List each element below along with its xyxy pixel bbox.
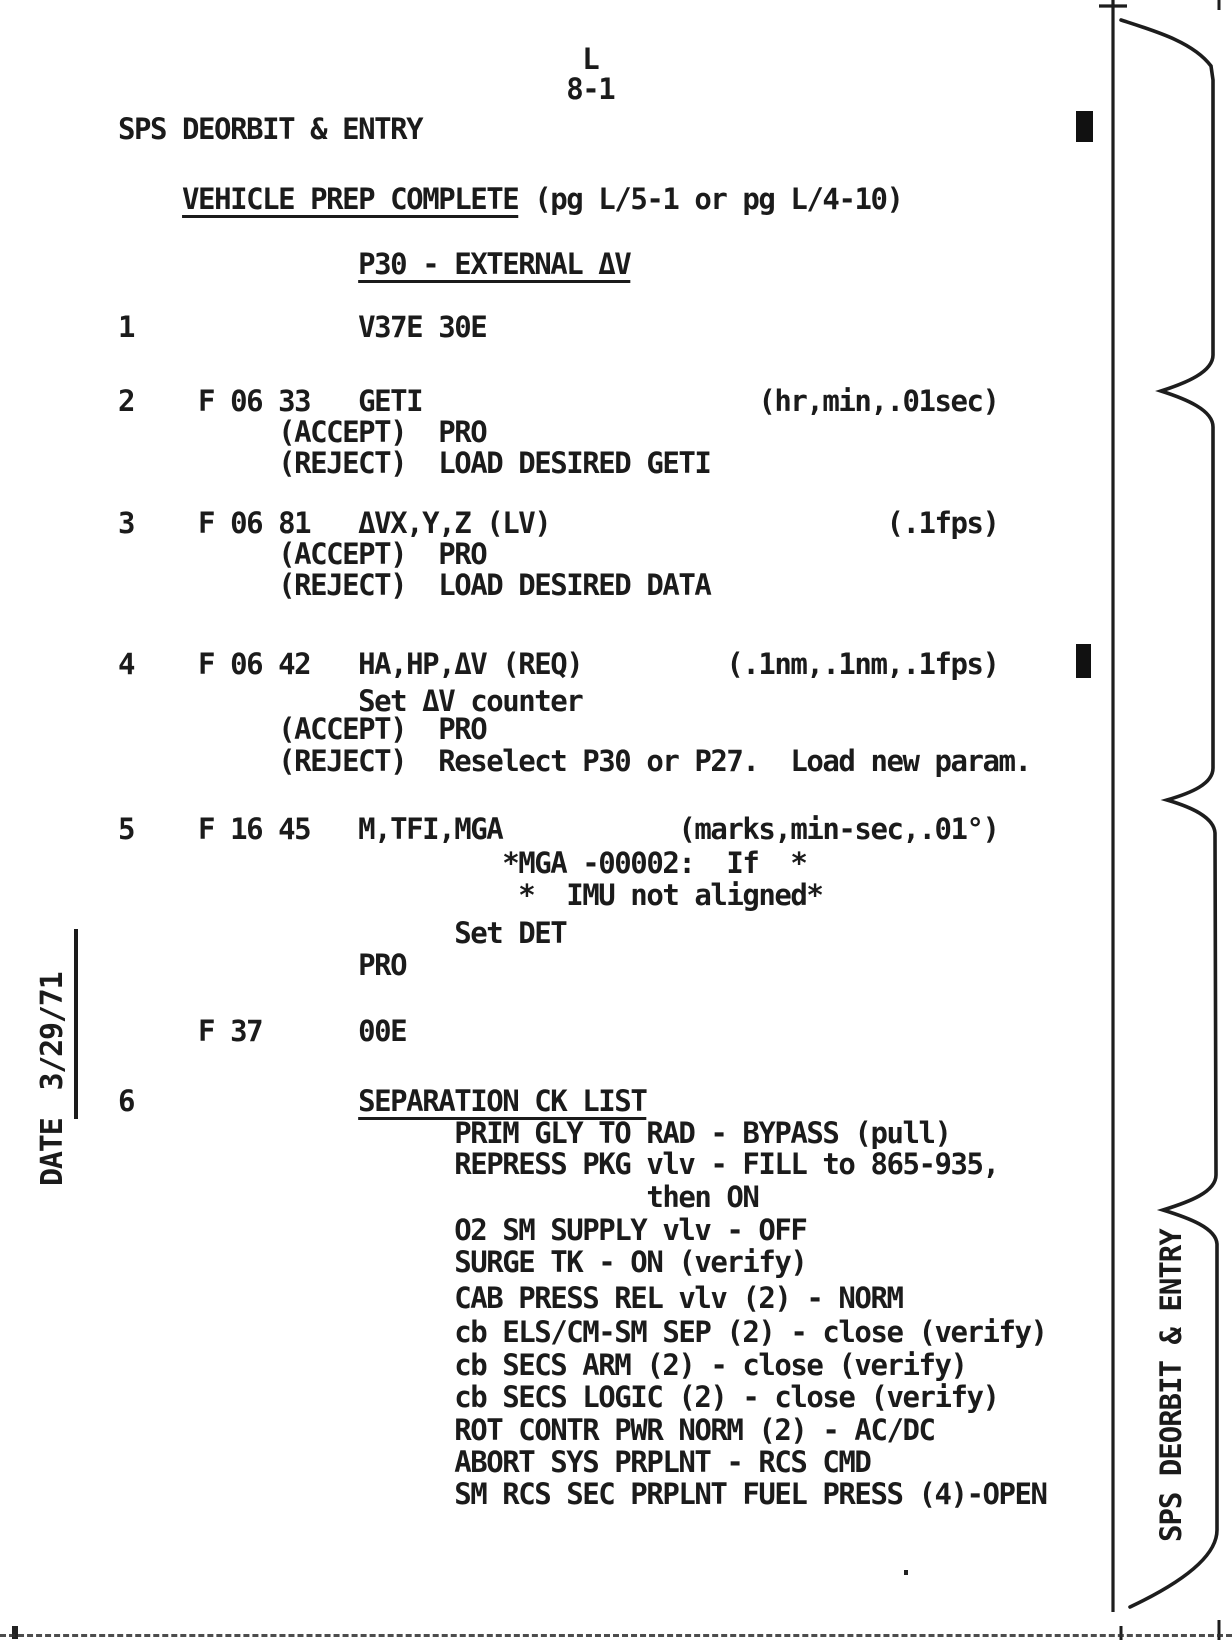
header-letter: L <box>118 42 598 76</box>
text-segment: cb SECS ARM (2) - close (verify) <box>118 1348 967 1382</box>
heading-p30-external-dv: P30 - EXTERNAL ΔV <box>118 247 630 281</box>
text-segment: PRO <box>118 948 406 982</box>
ck-repress-pkg: REPRESS PKG vlv - FILL to 865-935, <box>118 1147 999 1181</box>
text-segment: then ON <box>118 1180 758 1214</box>
text-segment: 1 V37E 30E <box>118 310 486 344</box>
text-segment: Set DET <box>118 916 566 950</box>
heading-vehicle-prep: VEHICLE PREP COMPLETE (pg L/5-1 or pg L/… <box>118 182 902 216</box>
step-2-accept: (ACCEPT) PRO <box>118 415 486 449</box>
text-segment: L <box>118 42 598 76</box>
step-3: 3 F 06 81 ΔVX,Y,Z (LV) (.1fps) <box>118 506 999 540</box>
step-3-reject: (REJECT) LOAD DESIRED DATA <box>118 568 710 602</box>
page-title: SPS DEORBIT & ENTRY <box>118 112 422 146</box>
step-5-set-det: Set DET <box>118 916 566 950</box>
text-segment: SM RCS SEC PRPLNT FUEL PRESS (4)-OPEN <box>118 1477 1047 1511</box>
scan-speck <box>904 1570 908 1575</box>
step-5-note-line-2: * IMU not aligned* <box>118 878 822 912</box>
text-segment: SPS DEORBIT & ENTRY <box>118 112 422 146</box>
text-segment: 6 <box>118 1084 358 1118</box>
page-number: 8-1 <box>118 72 614 106</box>
text-segment: O2 SM SUPPLY vlv - OFF <box>118 1213 806 1247</box>
step-3-accept: (ACCEPT) PRO <box>118 537 486 571</box>
text-segment: (ACCEPT) PRO <box>118 415 486 449</box>
text-segment: (REJECT) LOAD DESIRED GETI <box>118 446 710 480</box>
f37-line: F 37 00E <box>118 1014 406 1048</box>
ck-sm-rcs-sec-prplnt: SM RCS SEC PRPLNT FUEL PRESS (4)-OPEN <box>118 1477 1047 1511</box>
scan-speck <box>12 1626 18 1639</box>
step-4-reject: (REJECT) Reselect P30 or P27. Load new p… <box>118 744 1031 778</box>
text-segment: ROT CONTR PWR NORM (2) - AC/DC <box>118 1413 934 1447</box>
step-6: 6 SEPARATION CK LIST <box>118 1084 646 1118</box>
ck-cb-secs-arm: cb SECS ARM (2) - close (verify) <box>118 1348 967 1382</box>
ck-cb-els-cm-sm-sep: cb ELS/CM-SM SEP (2) - close (verify) <box>118 1315 1047 1349</box>
bottom-scan-edge <box>0 1634 1232 1637</box>
ck-prim-gly: PRIM GLY TO RAD - BYPASS (pull) <box>118 1116 951 1150</box>
ck-cb-secs-logic: cb SECS LOGIC (2) - close (verify) <box>118 1380 999 1414</box>
text-segment: PRIM GLY TO RAD - BYPASS (pull) <box>118 1116 951 1150</box>
text-segment: SURGE TK - ON (verify) <box>118 1245 806 1279</box>
text-segment: (pg L/5-1 or pg L/4-10) <box>518 182 902 216</box>
underlined-text: P30 - EXTERNAL ΔV <box>358 247 630 281</box>
text-segment: 5 F 16 45 M,TFI,MGA (marks,min-sec,.01°) <box>118 812 999 846</box>
text-segment: cb SECS LOGIC (2) - close (verify) <box>118 1380 999 1414</box>
text-segment: F 37 00E <box>118 1014 406 1048</box>
ck-rot-contr-pwr: ROT CONTR PWR NORM (2) - AC/DC <box>118 1413 934 1447</box>
step-5: 5 F 16 45 M,TFI,MGA (marks,min-sec,.01°) <box>118 812 999 846</box>
text-segment: (ACCEPT) PRO <box>118 537 486 571</box>
side-tab-label: SPS DEORBIT & ENTRY <box>1150 1229 1192 1542</box>
step-1: 1 V37E 30E <box>118 310 486 344</box>
text-segment: (REJECT) Reselect P30 or P27. Load new p… <box>118 744 1031 778</box>
text-segment: 2 F 06 33 GETI (hr,min,.01sec) <box>118 384 999 418</box>
date-label: DATE <box>35 1119 70 1186</box>
date-margin-note: DATE3/29/71 <box>34 929 78 1186</box>
revision-bar-step4 <box>1076 644 1091 678</box>
step-2-reject: (REJECT) LOAD DESIRED GETI <box>118 446 710 480</box>
text-segment: 4 F 06 42 HA,HP,ΔV (REQ) (.1nm,.1nm,.1fp… <box>118 647 999 681</box>
ck-abort-sys-prplnt: ABORT SYS PRPLNT - RCS CMD <box>118 1445 870 1479</box>
ck-repress-pkg-cont: then ON <box>118 1180 758 1214</box>
date-value: 3/29/71 <box>34 929 78 1119</box>
ck-cab-press-rel: CAB PRESS REL vlv (2) - NORM <box>118 1281 902 1315</box>
text-segment: cb ELS/CM-SM SEP (2) - close (verify) <box>118 1315 1047 1349</box>
text-segment: 3 F 06 81 ΔVX,Y,Z (LV) (.1fps) <box>118 506 999 540</box>
text-segment: REPRESS PKG vlv - FILL to 865-935, <box>118 1147 999 1181</box>
underlined-text: SEPARATION CK LIST <box>358 1084 646 1118</box>
text-segment <box>118 182 182 216</box>
text-segment: (ACCEPT) PRO <box>118 712 486 746</box>
step-5-pro: PRO <box>118 948 406 982</box>
step-2: 2 F 06 33 GETI (hr,min,.01sec) <box>118 384 999 418</box>
ck-o2-sm-supply: O2 SM SUPPLY vlv - OFF <box>118 1213 806 1247</box>
text-segment <box>118 247 358 281</box>
step-5-note-line-1: *MGA -00002: If * <box>118 846 806 880</box>
revision-bar-title <box>1076 111 1093 142</box>
ck-surge-tk: SURGE TK - ON (verify) <box>118 1245 806 1279</box>
underlined-text: VEHICLE PREP COMPLETE <box>182 182 518 216</box>
text-segment: ABORT SYS PRPLNT - RCS CMD <box>118 1445 870 1479</box>
text-segment: CAB PRESS REL vlv (2) - NORM <box>118 1281 902 1315</box>
step-4-accept: (ACCEPT) PRO <box>118 712 486 746</box>
scanned-page: L 8-1SPS DEORBIT & ENTRY VEHICLE PREP CO… <box>0 0 1232 1640</box>
text-segment: (REJECT) LOAD DESIRED DATA <box>118 568 710 602</box>
text-segment: *MGA -00002: If * <box>118 846 806 880</box>
text-segment: 8-1 <box>118 72 614 106</box>
text-segment: * IMU not aligned* <box>118 878 822 912</box>
step-4: 4 F 06 42 HA,HP,ΔV (REQ) (.1nm,.1nm,.1fp… <box>118 647 999 681</box>
